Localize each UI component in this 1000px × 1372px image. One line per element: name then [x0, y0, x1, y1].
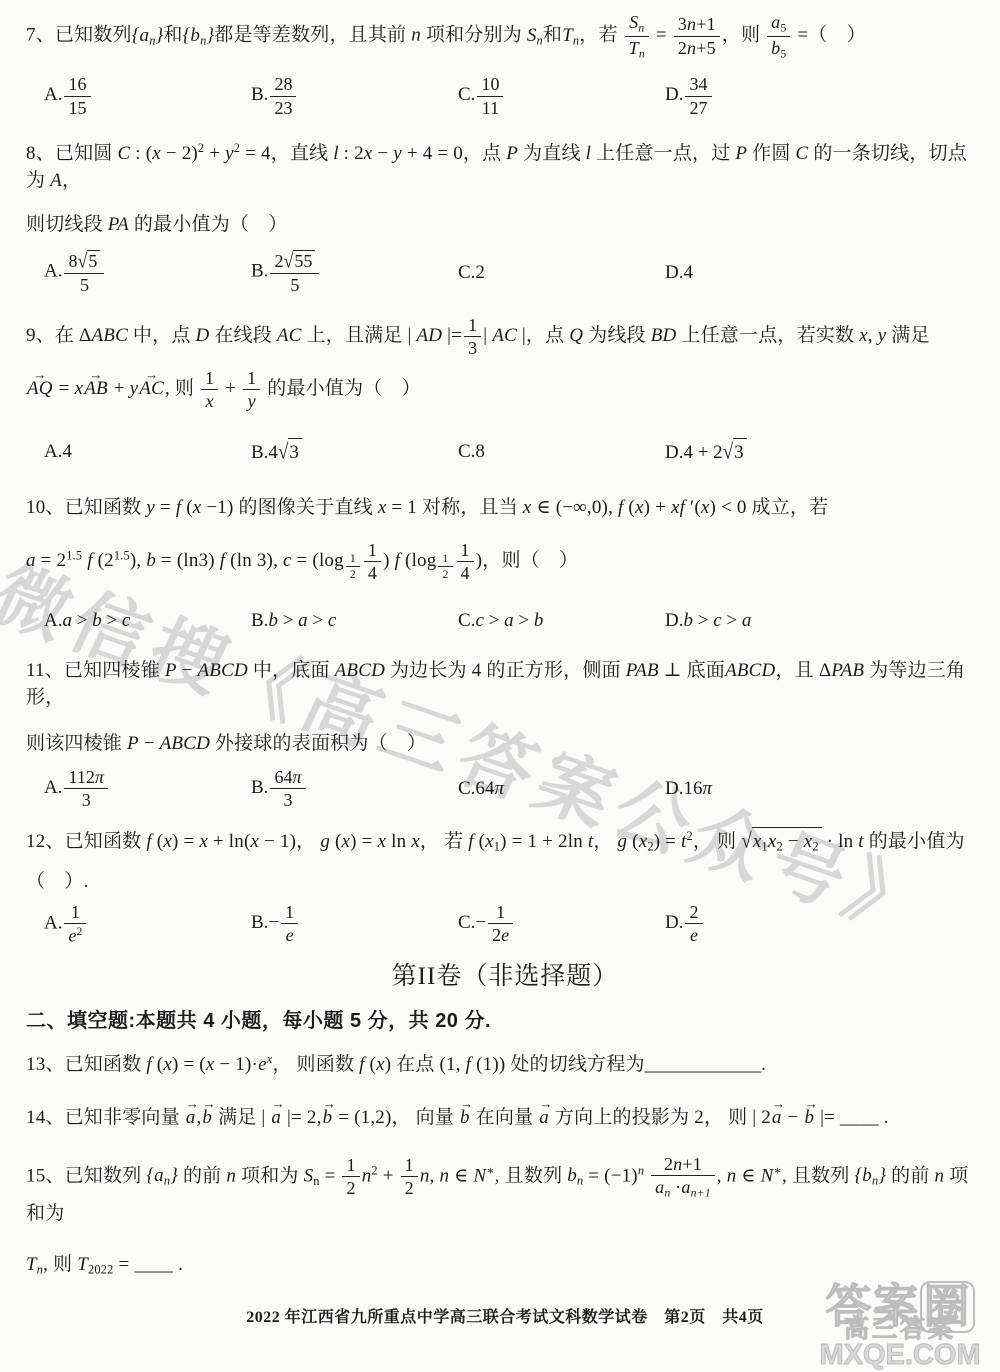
- question-7-options: A.1615 B.2823 C.1011 D.3427: [26, 74, 984, 117]
- question-9-option-d: D.4 + 2√3: [665, 438, 984, 467]
- question-10-option-c: C.c > a > b: [458, 607, 665, 635]
- question-7-option-d: D.3427: [665, 74, 984, 117]
- question-8-text-1: 8、已知圆 C : (x − 2)2 + y2 = 4，直线 l : 2x − …: [26, 140, 984, 195]
- question-10-options: A.a > b > c B.b > a > c C.c > a > b D.b …: [26, 607, 984, 635]
- question-10-text-1: 10、已知函数 y = f (x −1) 的图像关于直线 x = 1 对称，且当…: [26, 494, 984, 522]
- question-11-option-a: A.112π3: [44, 767, 251, 810]
- question-7-text: 7、已知数列{an}和{bn}都是等差数列，且其前 n 项和分别为 Sn和Tn，…: [26, 12, 984, 60]
- question-9-option-a: A.4: [44, 438, 251, 466]
- question-9-text-1: 9、在 ΔABC 中，点 D 在线段 AC 上，且满足 | AD |=13| A…: [26, 315, 984, 358]
- question-10-option-a: A.a > b > c: [44, 607, 251, 635]
- question-12-options: A.1e2 B.−1e C.−12e D.2e: [26, 902, 984, 946]
- exam-page: 7、已知数列{an}和{bn}都是等差数列，且其前 n 项和分别为 Sn和Tn，…: [0, 0, 1000, 1327]
- question-12-option-c: C.−12e: [458, 902, 665, 945]
- question-12-option-a: A.1e2: [44, 902, 251, 946]
- question-10-option-d: D.b > c > a: [665, 607, 984, 635]
- question-7-option-b: B.2823: [251, 74, 458, 117]
- fill-in-blank-heading: 二、填空题:本题共 4 小题，每小题 5 分，共 20 分.: [26, 1004, 984, 1033]
- question-11-option-d: D.16π: [665, 775, 984, 803]
- question-9-option-c: C.8: [458, 438, 665, 466]
- question-12-text-1: 12、已知函数 f (x) = x + ln(x − 1)， g (x) = x…: [26, 827, 984, 857]
- question-9-text-2: AQ = xAB + yAC, 则 1x + 1y 的最小值为（ ）: [26, 368, 984, 411]
- question-9: 9、在 ΔABC 中，点 D 在线段 AC 上，且满足 | AD |=13| A…: [26, 315, 984, 466]
- question-15: 15、已知数列 {an} 的前 n 项和为 Sn = 12n2 + 12n, n…: [26, 1154, 984, 1280]
- question-11-options: A.112π3 B.64π3 C.64π D.16π: [26, 767, 984, 810]
- question-12-option-d: D.2e: [665, 902, 984, 945]
- page-footer: 2022 年江西省九所重点中学高三联合考试文科数学试卷 第2页 共4页: [26, 1304, 984, 1327]
- question-8-option-d: D.4: [665, 259, 984, 287]
- question-8-option-b: B.2√555: [251, 250, 458, 294]
- question-15-text-1: 15、已知数列 {an} 的前 n 项和为 Sn = 12n2 + 12n, n…: [26, 1154, 984, 1227]
- question-15-text-2: Tn, 则 T2022 = ____ .: [26, 1251, 984, 1280]
- question-14-text: 14、已知非零向量 a,b 满足 | a |= 2,b = (1,2)， 向量 …: [26, 1104, 984, 1132]
- question-10-option-b: B.b > a > c: [251, 607, 458, 635]
- section-2-title: 第II卷（非选择题）: [26, 956, 984, 992]
- question-12-option-b: B.−1e: [251, 902, 458, 945]
- logo-site-url: MXQE.COM: [804, 1341, 996, 1370]
- question-11-text-2: 则该四棱锥 P − ABCD 外接球的表面积为（ ）: [26, 730, 984, 758]
- question-13: 13、已知函数 f (x) = (x − 1)·ex， 则函数 f (x) 在点…: [26, 1051, 984, 1079]
- question-11-option-c: C.64π: [458, 775, 665, 803]
- question-11-text-1: 11、已知四棱锥 P − ABCD 中，底面 ABCD 为边长为 4 的正方形，…: [26, 657, 984, 712]
- question-12-text-2: （ ）.: [26, 868, 984, 896]
- question-7-option-c: C.1011: [458, 74, 665, 117]
- question-8-text-2: 则切线段 PA 的最小值为（ ）: [26, 211, 984, 239]
- question-8-option-a: A.8√55: [44, 250, 251, 294]
- question-8: 8、已知圆 C : (x − 2)2 + y2 = 4，直线 l : 2x − …: [26, 140, 984, 295]
- question-11: 11、已知四棱锥 P − ABCD 中，底面 ABCD 为边长为 4 的正方形，…: [26, 657, 984, 811]
- question-10: 10、已知函数 y = f (x −1) 的图像关于直线 x = 1 对称，且当…: [26, 494, 984, 635]
- question-11-option-b: B.64π3: [251, 767, 458, 810]
- question-12: 12、已知函数 f (x) = x + ln(x − 1)， g (x) = x…: [26, 827, 984, 946]
- question-9-options: A.4 B.4√3 C.8 D.4 + 2√3: [26, 438, 984, 467]
- question-8-option-c: C.2: [458, 259, 665, 287]
- question-7: 7、已知数列{an}和{bn}都是等差数列，且其前 n 项和分别为 Sn和Tn，…: [26, 12, 984, 118]
- question-7-option-a: A.1615: [44, 74, 251, 117]
- question-14: 14、已知非零向量 a,b 满足 | a |= 2,b = (1,2)， 向量 …: [26, 1104, 984, 1132]
- question-10-text-2: a = 21.5 f (21.5), b = (ln3) f (ln 3), c…: [26, 540, 984, 583]
- question-13-text: 13、已知函数 f (x) = (x − 1)·ex， 则函数 f (x) 在点…: [26, 1051, 984, 1079]
- question-8-options: A.8√55 B.2√555 C.2 D.4: [26, 250, 984, 294]
- question-9-option-b: B.4√3: [251, 438, 458, 467]
